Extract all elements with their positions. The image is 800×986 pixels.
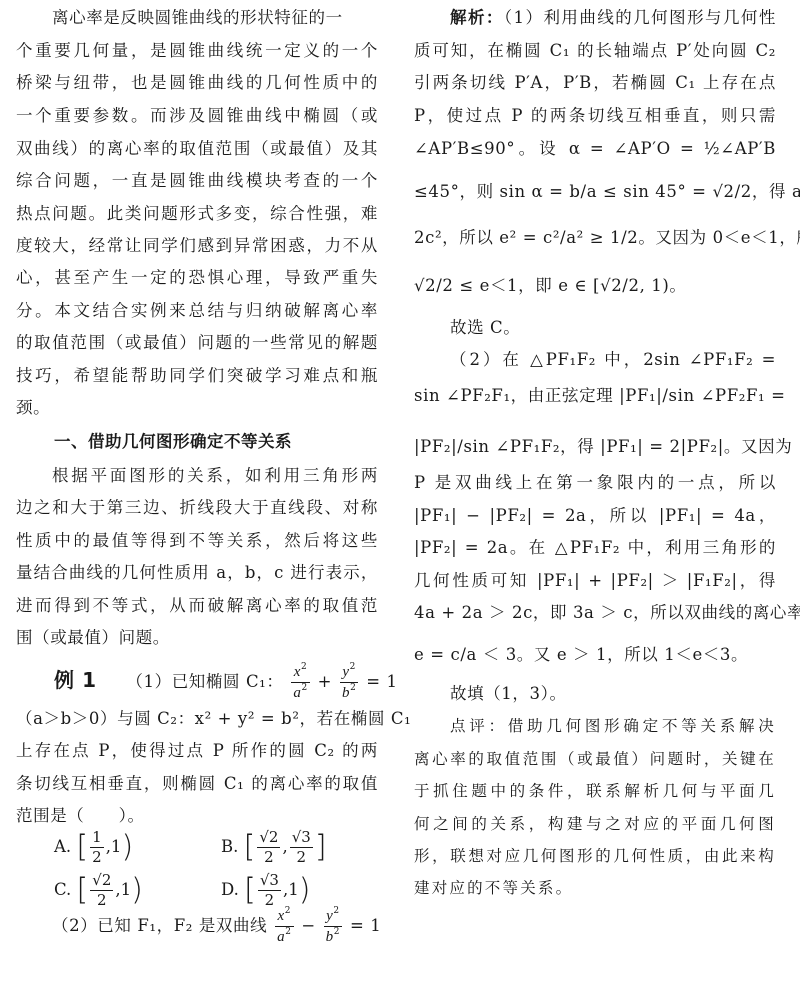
solution-line: 质可知，在椭圆 C₁ 的长轴端点 P′处向圆 C₂ — [414, 41, 776, 61]
solution2-line: sin ∠PF₂F₁，由正弦定理 |PF₁|/sin ∠PF₂F₁ = — [414, 386, 776, 406]
comment-line: 何之间的关系，构建与之对应的平面几何图 — [414, 814, 776, 834]
solution2-line: 几何性质可知 |PF₁| + |PF₂| ＞ |F₁F₂|，得 — [414, 571, 776, 591]
solution-line: 2c²，所以 e² = c²/a² ≥ 1/2。又因为 0＜e＜1，所以 — [414, 228, 776, 248]
solution-line: 引两条切线 P′A，P′B，若椭圆 C₁ 上存在点 — [414, 73, 776, 93]
comment-line: 点评：借助几何图形确定不等关系解决 — [450, 716, 776, 736]
comment-line: 离心率的取值范围（或最值）问题时，关键在 — [414, 749, 776, 769]
solution2-line: |PF₁| − |PF₂| = 2a，所以 |PF₁| = 4a， — [414, 506, 776, 526]
solution2-line: P 是双曲线上在第一象限内的一点，所以 — [414, 473, 776, 493]
solution2-line: |PF₂| = 2a。在 △PF₁F₂ 中，利用三角形的 — [414, 538, 776, 558]
solution-line: 解析：（1）利用曲线的几何图形与几何性 — [450, 8, 776, 28]
comment-line: 形，联想对应几何图形的几何性质，由此来构 — [414, 846, 776, 866]
solution-label: 解析： — [450, 8, 504, 27]
solution-line: ∠AP′B≤90°。设 α = ∠AP′O = ½∠AP′B — [414, 139, 776, 159]
solution2-line: |PF₂|/sin ∠PF₁F₂，得 |PF₁| = 2|PF₂|。又因为 — [414, 437, 776, 457]
solution2-line: e = c/a ＜ 3。又 e ＞ 1，所以 1＜e＜3。 — [414, 645, 748, 665]
solution2-line: 4a + 2a ＞ 2c，即 3a ＞ c，所以双曲线的离心率 — [414, 603, 776, 623]
comment-line: 于抓住题中的条件，联系解析几何与平面几 — [414, 781, 776, 801]
solution-line: √2/2 ≤ e＜1，即 e ∈ [√2/2, 1)。 — [414, 276, 687, 296]
solution2-line: （2）在 △PF₁F₂ 中，2sin ∠PF₁F₂ = — [450, 350, 776, 370]
comment-line: 建对应的不等关系。 — [414, 878, 573, 898]
left-column-lower — [16, 0, 378, 986]
solution-line: P，使过点 P 的两条切线互相垂直，则只需 — [414, 106, 776, 126]
answer-2: 故填（1，3）。 — [450, 684, 567, 704]
solution-line: ≤45°，则 sin α = b/a ≤ sin 45° = √2/2，得 a²… — [414, 182, 776, 202]
answer-1: 故选 C。 — [450, 318, 520, 338]
